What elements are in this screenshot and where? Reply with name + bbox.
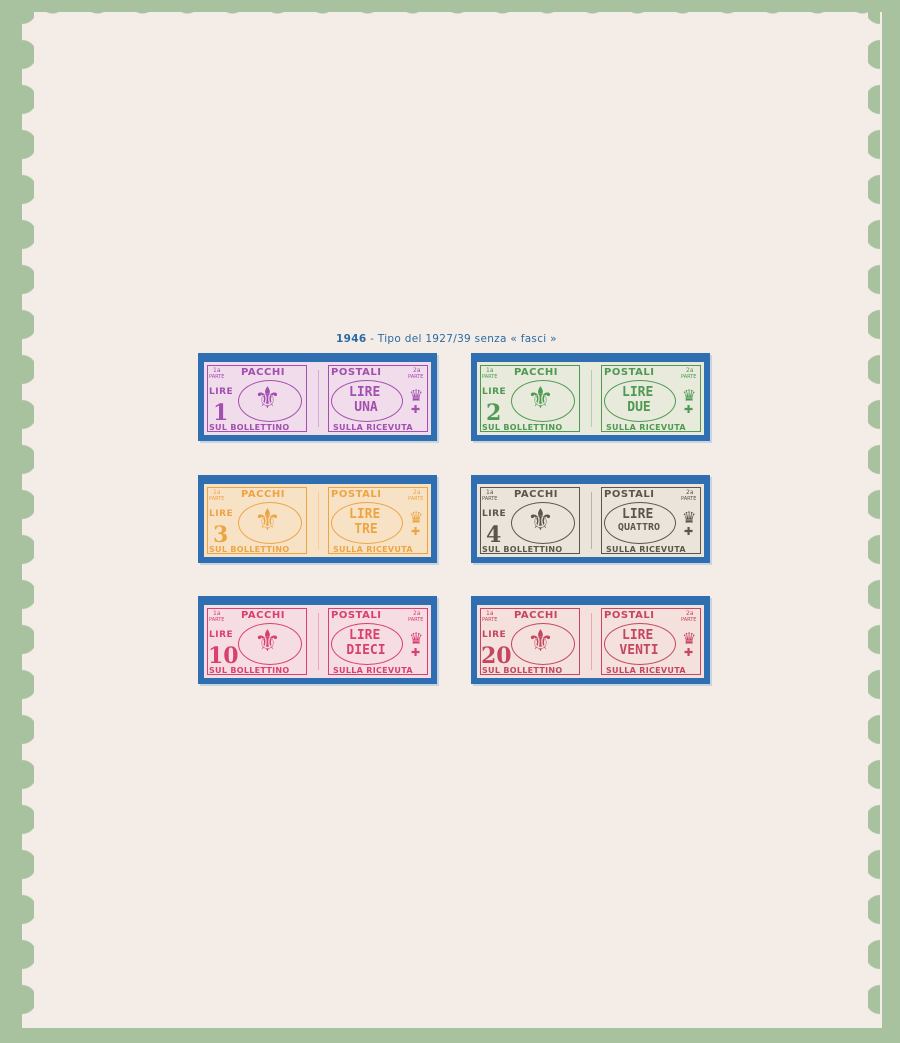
stamp-pair: 1aPARTEPACCHILIRE20⚜SUL BOLLETTINOPOSTAL… xyxy=(477,605,704,678)
lire-label: LIRE xyxy=(209,510,233,519)
stamp-gutter xyxy=(583,605,598,678)
page-heading: 1946 - Tipo del 1927/39 senza « fasci » xyxy=(336,333,557,345)
parte-label: PARTE xyxy=(209,618,224,623)
stamp-left-half: 1aPARTEPACCHILIRE1⚜SUL BOLLETTINO xyxy=(204,362,310,435)
parte-label: PARTE xyxy=(681,618,696,623)
value-in-words: QUATTRO xyxy=(598,523,680,533)
stamp-left-half: 1aPARTEPACCHILIRE4⚜SUL BOLLETTINO xyxy=(477,484,583,557)
parte-label: PARTE xyxy=(681,375,696,380)
stamp-mount-4-lire: 1aPARTEPACCHILIRE4⚜SUL BOLLETTINOPOSTALI… xyxy=(471,475,710,563)
pacchi-label: PACCHI xyxy=(514,490,558,500)
savoy-cross-icon: ✚ xyxy=(684,647,693,658)
value-in-words: DUE xyxy=(598,401,680,414)
stamp-right-half: POSTALI2aPARTELIREDUE♛✚SULLA RICEVUTA xyxy=(598,362,704,435)
postali-label: POSTALI xyxy=(331,490,381,500)
oval-lire-label: LIRE xyxy=(349,386,380,399)
stamp-gutter xyxy=(583,362,598,435)
lire-label: LIRE xyxy=(482,631,506,640)
bottom-label: SULLA RICEVUTA xyxy=(606,667,686,675)
heading-text: - Tipo del 1927/39 senza « fasci » xyxy=(366,333,556,345)
lire-label: LIRE xyxy=(209,388,233,397)
stamp-left-half: 1aPARTEPACCHILIRE3⚜SUL BOLLETTINO xyxy=(204,484,310,557)
savoy-cross-icon: ✚ xyxy=(411,404,420,415)
crown-crest-icon: ♛ xyxy=(682,388,696,404)
parte-label: PARTE xyxy=(408,618,423,623)
postali-label: POSTALI xyxy=(604,611,654,621)
stamp-left-half: 1aPARTEPACCHILIRE20⚜SUL BOLLETTINO xyxy=(477,605,583,678)
parte-label: PARTE xyxy=(209,497,224,502)
bottom-label: SULLA RICEVUTA xyxy=(333,424,413,432)
eagle-emblem-icon: ⚜ xyxy=(254,506,281,536)
stamp-mount-1-lire: 1aPARTEPACCHILIRE1⚜SUL BOLLETTINOPOSTALI… xyxy=(198,353,437,441)
value-in-words: UNA xyxy=(325,401,407,414)
eagle-emblem-icon: ⚜ xyxy=(254,627,281,657)
stamp-mount-3-lire: 1aPARTEPACCHILIRE3⚜SUL BOLLETTINOPOSTALI… xyxy=(198,475,437,563)
album-page xyxy=(22,12,882,1028)
bottom-label: SULLA RICEVUTA xyxy=(333,667,413,675)
savoy-cross-icon: ✚ xyxy=(411,526,420,537)
crown-crest-icon: ♛ xyxy=(682,631,696,647)
pacchi-label: PACCHI xyxy=(241,368,285,378)
stamp-right-half: POSTALI2aPARTELIREDIECI♛✚SULLA RICEVUTA xyxy=(325,605,431,678)
stamp-gutter xyxy=(310,362,325,435)
parte-label: PARTE xyxy=(482,375,497,380)
stamp-pair: 1aPARTEPACCHILIRE1⚜SUL BOLLETTINOPOSTALI… xyxy=(204,362,431,435)
stamp-right-half: POSTALI2aPARTELIREQUATTRO♛✚SULLA RICEVUT… xyxy=(598,484,704,557)
value-in-words: TRE xyxy=(325,523,407,536)
savoy-cross-icon: ✚ xyxy=(684,404,693,415)
denomination-value: 3 xyxy=(213,524,228,546)
parte-label: PARTE xyxy=(209,375,224,380)
perforation-left xyxy=(12,12,34,1028)
pacchi-label: PACCHI xyxy=(514,611,558,621)
denomination-value: 2 xyxy=(486,402,501,424)
postali-label: POSTALI xyxy=(331,368,381,378)
eagle-emblem-icon: ⚜ xyxy=(527,384,554,414)
stamp-pair: 1aPARTEPACCHILIRE10⚜SUL BOLLETTINOPOSTAL… xyxy=(204,605,431,678)
pacchi-label: PACCHI xyxy=(241,611,285,621)
stamp-mount-2-lire: 1aPARTEPACCHILIRE2⚜SUL BOLLETTINOPOSTALI… xyxy=(471,353,710,441)
stamp-pair: 1aPARTEPACCHILIRE3⚜SUL BOLLETTINOPOSTALI… xyxy=(204,484,431,557)
denomination-value: 10 xyxy=(208,645,239,667)
crown-crest-icon: ♛ xyxy=(682,510,696,526)
stamp-right-half: POSTALI2aPARTELIRETRE♛✚SULLA RICEVUTA xyxy=(325,484,431,557)
value-in-words: DIECI xyxy=(325,644,407,657)
perforation-bottom xyxy=(22,1023,882,1043)
bottom-label: SUL BOLLETTINO xyxy=(482,667,562,675)
bottom-label: SUL BOLLETTINO xyxy=(209,546,289,554)
stamp-left-half: 1aPARTEPACCHILIRE2⚜SUL BOLLETTINO xyxy=(477,362,583,435)
savoy-cross-icon: ✚ xyxy=(684,526,693,537)
stamp-gutter xyxy=(583,484,598,557)
eagle-emblem-icon: ⚜ xyxy=(527,506,554,536)
oval-lire-label: LIRE xyxy=(349,629,380,642)
denomination-value: 4 xyxy=(486,524,501,546)
bottom-label: SULLA RICEVUTA xyxy=(606,546,686,554)
savoy-cross-icon: ✚ xyxy=(411,647,420,658)
bottom-label: SUL BOLLETTINO xyxy=(482,424,562,432)
parte-label: PARTE xyxy=(408,497,423,502)
stamp-pair: 1aPARTEPACCHILIRE4⚜SUL BOLLETTINOPOSTALI… xyxy=(477,484,704,557)
heading-year: 1946 xyxy=(336,333,366,345)
stamp-left-half: 1aPARTEPACCHILIRE10⚜SUL BOLLETTINO xyxy=(204,605,310,678)
postali-label: POSTALI xyxy=(331,611,381,621)
denomination-value: 20 xyxy=(481,645,512,667)
value-in-words: VENTI xyxy=(598,644,680,657)
postali-label: POSTALI xyxy=(604,490,654,500)
stamp-mount-20-lire: 1aPARTEPACCHILIRE20⚜SUL BOLLETTINOPOSTAL… xyxy=(471,596,710,684)
pacchi-label: PACCHI xyxy=(514,368,558,378)
crown-crest-icon: ♛ xyxy=(409,510,423,526)
crown-crest-icon: ♛ xyxy=(409,631,423,647)
perforation-top xyxy=(22,0,882,20)
denomination-value: 1 xyxy=(213,402,228,424)
stamp-gutter xyxy=(310,484,325,557)
lire-label: LIRE xyxy=(209,631,233,640)
stamp-right-half: POSTALI2aPARTELIREUNA♛✚SULLA RICEVUTA xyxy=(325,362,431,435)
stamp-pair: 1aPARTEPACCHILIRE2⚜SUL BOLLETTINOPOSTALI… xyxy=(477,362,704,435)
oval-lire-label: LIRE xyxy=(349,508,380,521)
bottom-label: SUL BOLLETTINO xyxy=(482,546,562,554)
stamp-mount-10-lire: 1aPARTEPACCHILIRE10⚜SUL BOLLETTINOPOSTAL… xyxy=(198,596,437,684)
eagle-emblem-icon: ⚜ xyxy=(254,384,281,414)
stamp-gutter xyxy=(310,605,325,678)
postali-label: POSTALI xyxy=(604,368,654,378)
stamp-right-half: POSTALI2aPARTELIREVENTI♛✚SULLA RICEVUTA xyxy=(598,605,704,678)
oval-lire-label: LIRE xyxy=(622,629,653,642)
eagle-emblem-icon: ⚜ xyxy=(527,627,554,657)
lire-label: LIRE xyxy=(482,510,506,519)
parte-label: PARTE xyxy=(408,375,423,380)
bottom-label: SUL BOLLETTINO xyxy=(209,424,289,432)
oval-lire-label: LIRE xyxy=(622,386,653,399)
parte-label: PARTE xyxy=(482,618,497,623)
lire-label: LIRE xyxy=(482,388,506,397)
parte-label: PARTE xyxy=(482,497,497,502)
bottom-label: SULLA RICEVUTA xyxy=(333,546,413,554)
parte-label: PARTE xyxy=(681,497,696,502)
crown-crest-icon: ♛ xyxy=(409,388,423,404)
bottom-label: SUL BOLLETTINO xyxy=(209,667,289,675)
bottom-label: SULLA RICEVUTA xyxy=(606,424,686,432)
pacchi-label: PACCHI xyxy=(241,490,285,500)
perforation-right xyxy=(868,12,890,1028)
oval-lire-label: LIRE xyxy=(622,508,653,521)
